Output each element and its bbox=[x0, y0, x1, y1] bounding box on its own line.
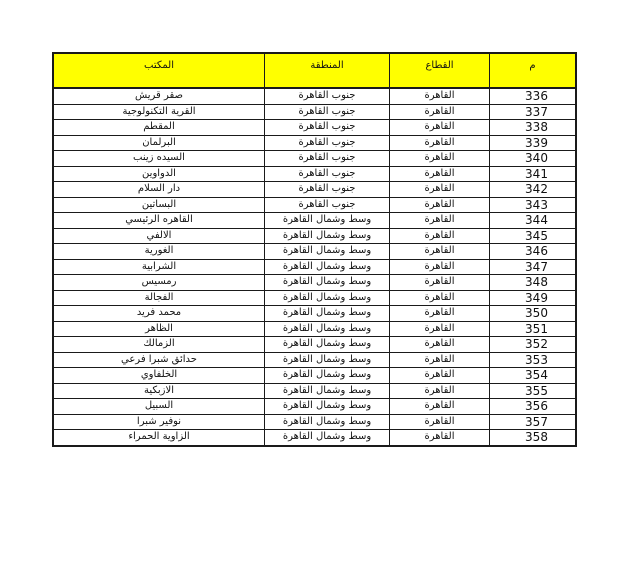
cell-sector: القاهرة bbox=[390, 182, 490, 198]
cell-sector: القاهرة bbox=[390, 399, 490, 415]
cell-office: السيده زينب bbox=[53, 151, 265, 167]
cell-sector: القاهرة bbox=[390, 383, 490, 399]
cell-office: نوفير شبرا bbox=[53, 414, 265, 430]
table-row: البساتين جنوب القاهرة القاهرة 343 bbox=[53, 197, 576, 213]
cell-office: القرية التكنولوجية bbox=[53, 104, 265, 120]
table-row: الشرابية وسط وشمال القاهرة القاهرة 347 bbox=[53, 259, 576, 275]
cell-office: السبيل bbox=[53, 399, 265, 415]
cell-number: 353 bbox=[490, 352, 577, 368]
table-row: دار السلام جنوب القاهرة القاهرة 342 bbox=[53, 182, 576, 198]
cell-region: وسط وشمال القاهرة bbox=[265, 213, 390, 229]
offices-sheet: المكتب المنطقة القطاع م صقر قريش جنوب ال… bbox=[52, 52, 577, 447]
cell-region: وسط وشمال القاهرة bbox=[265, 259, 390, 275]
cell-region: وسط وشمال القاهرة bbox=[265, 306, 390, 322]
cell-sector: القاهرة bbox=[390, 104, 490, 120]
cell-region: جنوب القاهرة bbox=[265, 182, 390, 198]
table-row: البرلمان جنوب القاهرة القاهرة 339 bbox=[53, 135, 576, 151]
cell-office: البرلمان bbox=[53, 135, 265, 151]
cell-region: وسط وشمال القاهرة bbox=[265, 414, 390, 430]
cell-sector: القاهرة bbox=[390, 368, 490, 384]
cell-sector: القاهرة bbox=[390, 321, 490, 337]
table-row: نوفير شبرا وسط وشمال القاهرة القاهرة 357 bbox=[53, 414, 576, 430]
cell-number: 338 bbox=[490, 120, 577, 136]
cell-sector: القاهرة bbox=[390, 151, 490, 167]
header-office: المكتب bbox=[53, 53, 265, 88]
header-row: المكتب المنطقة القطاع م bbox=[53, 53, 576, 88]
table-row: المقطم جنوب القاهرة القاهرة 338 bbox=[53, 120, 576, 136]
cell-sector: القاهرة bbox=[390, 290, 490, 306]
cell-region: وسط وشمال القاهرة bbox=[265, 290, 390, 306]
table-row: السيده زينب جنوب القاهرة القاهرة 340 bbox=[53, 151, 576, 167]
cell-office: محمد فريد bbox=[53, 306, 265, 322]
cell-region: جنوب القاهرة bbox=[265, 104, 390, 120]
cell-number: 339 bbox=[490, 135, 577, 151]
cell-region: وسط وشمال القاهرة bbox=[265, 352, 390, 368]
cell-number: 346 bbox=[490, 244, 577, 260]
cell-office: القاهره الرئيسي bbox=[53, 213, 265, 229]
cell-number: 337 bbox=[490, 104, 577, 120]
cell-number: 356 bbox=[490, 399, 577, 415]
cell-region: وسط وشمال القاهرة bbox=[265, 337, 390, 353]
table-row: الدواوين جنوب القاهرة القاهرة 341 bbox=[53, 166, 576, 182]
header-sector: القطاع bbox=[390, 53, 490, 88]
cell-office: البساتين bbox=[53, 197, 265, 213]
cell-number: 344 bbox=[490, 213, 577, 229]
cell-number: 340 bbox=[490, 151, 577, 167]
header-region: المنطقة bbox=[265, 53, 390, 88]
cell-office: الزمالك bbox=[53, 337, 265, 353]
cell-number: 341 bbox=[490, 166, 577, 182]
cell-region: جنوب القاهرة bbox=[265, 120, 390, 136]
cell-office: الدواوين bbox=[53, 166, 265, 182]
cell-office: الزاوية الحمراء bbox=[53, 430, 265, 446]
cell-number: 336 bbox=[490, 88, 577, 104]
cell-office: الالفي bbox=[53, 228, 265, 244]
cell-office: الفجالة bbox=[53, 290, 265, 306]
cell-region: جنوب القاهرة bbox=[265, 135, 390, 151]
cell-region: وسط وشمال القاهرة bbox=[265, 244, 390, 260]
cell-number: 354 bbox=[490, 368, 577, 384]
cell-office: رمسيس bbox=[53, 275, 265, 291]
cell-office: صقر قريش bbox=[53, 88, 265, 104]
cell-number: 342 bbox=[490, 182, 577, 198]
table-row: صقر قريش جنوب القاهرة القاهرة 336 bbox=[53, 88, 576, 104]
table-row: القرية التكنولوجية جنوب القاهرة القاهرة … bbox=[53, 104, 576, 120]
cell-sector: القاهرة bbox=[390, 88, 490, 104]
cell-office: حدائق شبرا فرعي bbox=[53, 352, 265, 368]
cell-sector: القاهرة bbox=[390, 259, 490, 275]
offices-table: المكتب المنطقة القطاع م صقر قريش جنوب ال… bbox=[52, 52, 577, 447]
cell-number: 350 bbox=[490, 306, 577, 322]
cell-number: 357 bbox=[490, 414, 577, 430]
table-row: الخلفاوي وسط وشمال القاهرة القاهرة 354 bbox=[53, 368, 576, 384]
table-row: الزاوية الحمراء وسط وشمال القاهرة القاهر… bbox=[53, 430, 576, 446]
cell-region: جنوب القاهرة bbox=[265, 151, 390, 167]
table-body: صقر قريش جنوب القاهرة القاهرة 336 القرية… bbox=[53, 88, 576, 446]
cell-region: جنوب القاهرة bbox=[265, 197, 390, 213]
cell-region: وسط وشمال القاهرة bbox=[265, 399, 390, 415]
table-row: حدائق شبرا فرعي وسط وشمال القاهرة القاهر… bbox=[53, 352, 576, 368]
cell-region: جنوب القاهرة bbox=[265, 166, 390, 182]
cell-number: 347 bbox=[490, 259, 577, 275]
table-row: محمد فريد وسط وشمال القاهرة القاهرة 350 bbox=[53, 306, 576, 322]
cell-office: المقطم bbox=[53, 120, 265, 136]
cell-number: 358 bbox=[490, 430, 577, 446]
cell-sector: القاهرة bbox=[390, 166, 490, 182]
table-row: رمسيس وسط وشمال القاهرة القاهرة 348 bbox=[53, 275, 576, 291]
cell-sector: القاهرة bbox=[390, 228, 490, 244]
cell-sector: القاهرة bbox=[390, 213, 490, 229]
table-row: السبيل وسط وشمال القاهرة القاهرة 356 bbox=[53, 399, 576, 415]
table-row: الازبكية وسط وشمال القاهرة القاهرة 355 bbox=[53, 383, 576, 399]
cell-office: الشرابية bbox=[53, 259, 265, 275]
cell-office: الغورية bbox=[53, 244, 265, 260]
cell-region: وسط وشمال القاهرة bbox=[265, 368, 390, 384]
cell-number: 345 bbox=[490, 228, 577, 244]
cell-sector: القاهرة bbox=[390, 197, 490, 213]
table-row: الزمالك وسط وشمال القاهرة القاهرة 352 bbox=[53, 337, 576, 353]
header-number: م bbox=[490, 53, 577, 88]
cell-sector: القاهرة bbox=[390, 275, 490, 291]
cell-number: 351 bbox=[490, 321, 577, 337]
cell-sector: القاهرة bbox=[390, 430, 490, 446]
table-row: الظاهر وسط وشمال القاهرة القاهرة 351 bbox=[53, 321, 576, 337]
cell-number: 348 bbox=[490, 275, 577, 291]
cell-region: وسط وشمال القاهرة bbox=[265, 430, 390, 446]
cell-sector: القاهرة bbox=[390, 337, 490, 353]
cell-sector: القاهرة bbox=[390, 414, 490, 430]
cell-number: 349 bbox=[490, 290, 577, 306]
cell-number: 352 bbox=[490, 337, 577, 353]
cell-sector: القاهرة bbox=[390, 306, 490, 322]
cell-number: 355 bbox=[490, 383, 577, 399]
cell-region: وسط وشمال القاهرة bbox=[265, 321, 390, 337]
cell-office: الظاهر bbox=[53, 321, 265, 337]
table-row: الفجالة وسط وشمال القاهرة القاهرة 349 bbox=[53, 290, 576, 306]
cell-region: وسط وشمال القاهرة bbox=[265, 228, 390, 244]
cell-region: وسط وشمال القاهرة bbox=[265, 275, 390, 291]
cell-office: دار السلام bbox=[53, 182, 265, 198]
cell-number: 343 bbox=[490, 197, 577, 213]
cell-region: جنوب القاهرة bbox=[265, 88, 390, 104]
cell-region: وسط وشمال القاهرة bbox=[265, 383, 390, 399]
table-row: الغورية وسط وشمال القاهرة القاهرة 346 bbox=[53, 244, 576, 260]
cell-sector: القاهرة bbox=[390, 135, 490, 151]
cell-office: الخلفاوي bbox=[53, 368, 265, 384]
cell-office: الازبكية bbox=[53, 383, 265, 399]
cell-sector: القاهرة bbox=[390, 120, 490, 136]
cell-sector: القاهرة bbox=[390, 244, 490, 260]
table-row: الالفي وسط وشمال القاهرة القاهرة 345 bbox=[53, 228, 576, 244]
table-row: القاهره الرئيسي وسط وشمال القاهرة القاهر… bbox=[53, 213, 576, 229]
cell-sector: القاهرة bbox=[390, 352, 490, 368]
